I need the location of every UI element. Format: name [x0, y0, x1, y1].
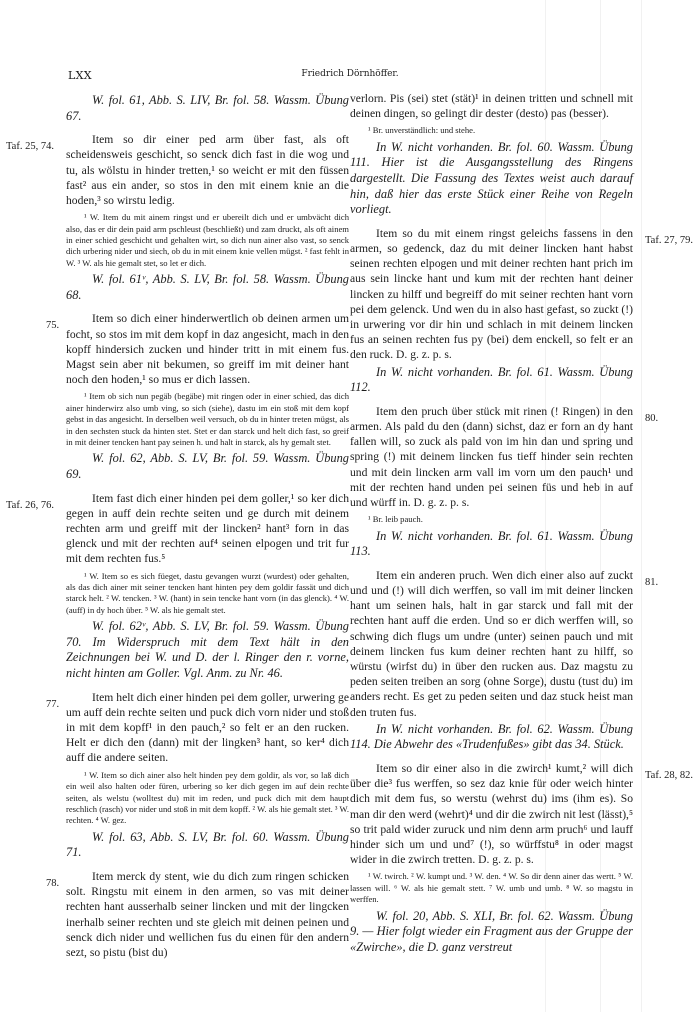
paragraph-text: Item helt dich einer hinden pei dem goll… [66, 690, 349, 766]
footnote-block: ¹ Br. leib pauch. [350, 514, 633, 525]
paragraph-text: Item so dir einer ped arm über fast, als… [66, 132, 349, 208]
margin-plate-number: 81. [645, 577, 658, 588]
reference-text: W. fol. 63, Abb. S. LV, Br. fol. 60. Was… [66, 830, 349, 861]
footnote-text: ¹ Br. unverständlich: und stehe. [350, 125, 633, 136]
paragraph-block: Item den pruch über stück mit rinen (! R… [350, 404, 633, 510]
margin-plate-number: 80. [645, 413, 658, 424]
paragraph-text: Item merck dy stent, wie du dich zum rin… [66, 869, 349, 960]
margin-plate-number: Taf. 25, 74. [6, 141, 62, 152]
paragraph-text: Item so du mit einem ringst geleichs fas… [350, 226, 633, 363]
paragraph-block: Item so dir einer ped arm über fast, als… [66, 132, 349, 208]
footnote-block: ¹ Br. unverständlich: und stehe. [350, 125, 633, 136]
reference-note: W. fol. 61, Abb. S. LIV, Br. fol. 58. Wa… [66, 93, 349, 124]
scan-artifact-line [641, 0, 642, 1012]
right-column: verlorn. Pis (sei) stet (stät)¹ in deine… [350, 91, 633, 955]
margin-plate-number: Taf. 28, 82. [645, 770, 693, 781]
paragraph-block: Item helt dich einer hinden pei dem goll… [66, 690, 349, 766]
paragraph-block: verlorn. Pis (sei) stet (stät)¹ in deine… [350, 91, 633, 121]
reference-note: W. fol. 63, Abb. S. LV, Br. fol. 60. Was… [66, 830, 349, 861]
reference-text: In W. nicht vorhanden. Br. fol. 60. Wass… [350, 140, 633, 218]
reference-note: W. fol. 62, Abb. S. LV, Br. fol. 59. Was… [66, 451, 349, 482]
paragraph-block: Item fast dich einer hinden pei dem goll… [66, 491, 349, 567]
footnote-block: ¹ W. Item du mit ainem ringst und er ube… [66, 212, 349, 269]
paragraph-block: Item so du mit einem ringst geleichs fas… [350, 226, 633, 363]
paragraph-text: Item den pruch über stück mit rinen (! R… [350, 404, 633, 510]
footnote-text: ¹ W. Item so es sich füeget, dastu gevan… [66, 571, 349, 617]
reference-text: W. fol. 61ᵛ, Abb. S. LV, Br. fol. 58. Wa… [66, 272, 349, 303]
reference-note: In W. nicht vorhanden. Br. fol. 60. Wass… [350, 140, 633, 218]
reference-note: W. fol. 62ᵛ, Abb. S. LV, Br. fol. 59. Wa… [66, 619, 349, 681]
reference-text: In W. nicht vorhanden. Br. fol. 62. Wass… [350, 722, 633, 753]
margin-plate-number: Taf. 27, 79. [645, 235, 693, 246]
reference-note: In W. nicht vorhanden. Br. fol. 61. Wass… [350, 529, 633, 560]
footnote-text: ¹ W. Item du mit ainem ringst und er ube… [66, 212, 349, 269]
paragraph-text: Item ein anderen pruch. Wen dich einer a… [350, 568, 633, 720]
left-column: W. fol. 61, Abb. S. LIV, Br. fol. 58. Wa… [66, 91, 349, 960]
paragraph-block: Item so dir einer also in die zwirch¹ ku… [350, 761, 633, 867]
footnote-text: ¹ Item ob sich nun pegäb (begäbe) mit ri… [66, 391, 349, 448]
reference-text: W. fol. 20, Abb. S. XLI, Br. fol. 62. Wa… [350, 909, 633, 956]
paragraph-block: Item so dich einer hinderwertlich ob dei… [66, 311, 349, 387]
reference-text: In W. nicht vorhanden. Br. fol. 61. Wass… [350, 365, 633, 396]
paragraph-block: Item ein anderen pruch. Wen dich einer a… [350, 568, 633, 720]
reference-text: W. fol. 62, Abb. S. LV, Br. fol. 59. Was… [66, 451, 349, 482]
running-title: Friedrich Dörnhöffer. [0, 69, 700, 79]
paragraph-text: Item fast dich einer hinden pei dem goll… [66, 491, 349, 567]
footnote-block: ¹ W. Item so dich ainer also helt hinden… [66, 770, 349, 827]
reference-text: W. fol. 62ᵛ, Abb. S. LV, Br. fol. 59. Wa… [66, 619, 349, 681]
reference-text: W. fol. 61, Abb. S. LIV, Br. fol. 58. Wa… [66, 93, 349, 124]
reference-note: In W. nicht vorhanden. Br. fol. 61. Wass… [350, 365, 633, 396]
reference-text: In W. nicht vorhanden. Br. fol. 61. Wass… [350, 529, 633, 560]
margin-plate-number: Taf. 26, 76. [6, 500, 62, 511]
paragraph-text: Item so dir einer also in die zwirch¹ ku… [350, 761, 633, 867]
footnote-text: ¹ W. twirch. ² W. kumpt und. ³ W. den. ⁴… [350, 871, 633, 905]
reference-note: In W. nicht vorhanden. Br. fol. 62. Wass… [350, 722, 633, 753]
margin-plate-number: 77. [46, 699, 102, 710]
footnote-text: ¹ W. Item so dich ainer also helt hinden… [66, 770, 349, 827]
book-page: LXX Friedrich Dörnhöffer. W. fol. 61, Ab… [0, 0, 700, 1012]
margin-plate-number: 75. [46, 320, 102, 331]
reference-note: W. fol. 20, Abb. S. XLI, Br. fol. 62. Wa… [350, 909, 633, 956]
footnote-block: ¹ Item ob sich nun pegäb (begäbe) mit ri… [66, 391, 349, 448]
paragraph-text: Item so dich einer hinderwertlich ob dei… [66, 311, 349, 387]
paragraph-text: verlorn. Pis (sei) stet (stät)¹ in deine… [350, 91, 633, 121]
margin-plate-number: 78. [46, 878, 102, 889]
footnote-block: ¹ W. Item so es sich füeget, dastu gevan… [66, 571, 349, 617]
reference-note: W. fol. 61ᵛ, Abb. S. LV, Br. fol. 58. Wa… [66, 272, 349, 303]
footnote-block: ¹ W. twirch. ² W. kumpt und. ³ W. den. ⁴… [350, 871, 633, 905]
paragraph-block: Item merck dy stent, wie du dich zum rin… [66, 869, 349, 960]
footnote-text: ¹ Br. leib pauch. [350, 514, 633, 525]
